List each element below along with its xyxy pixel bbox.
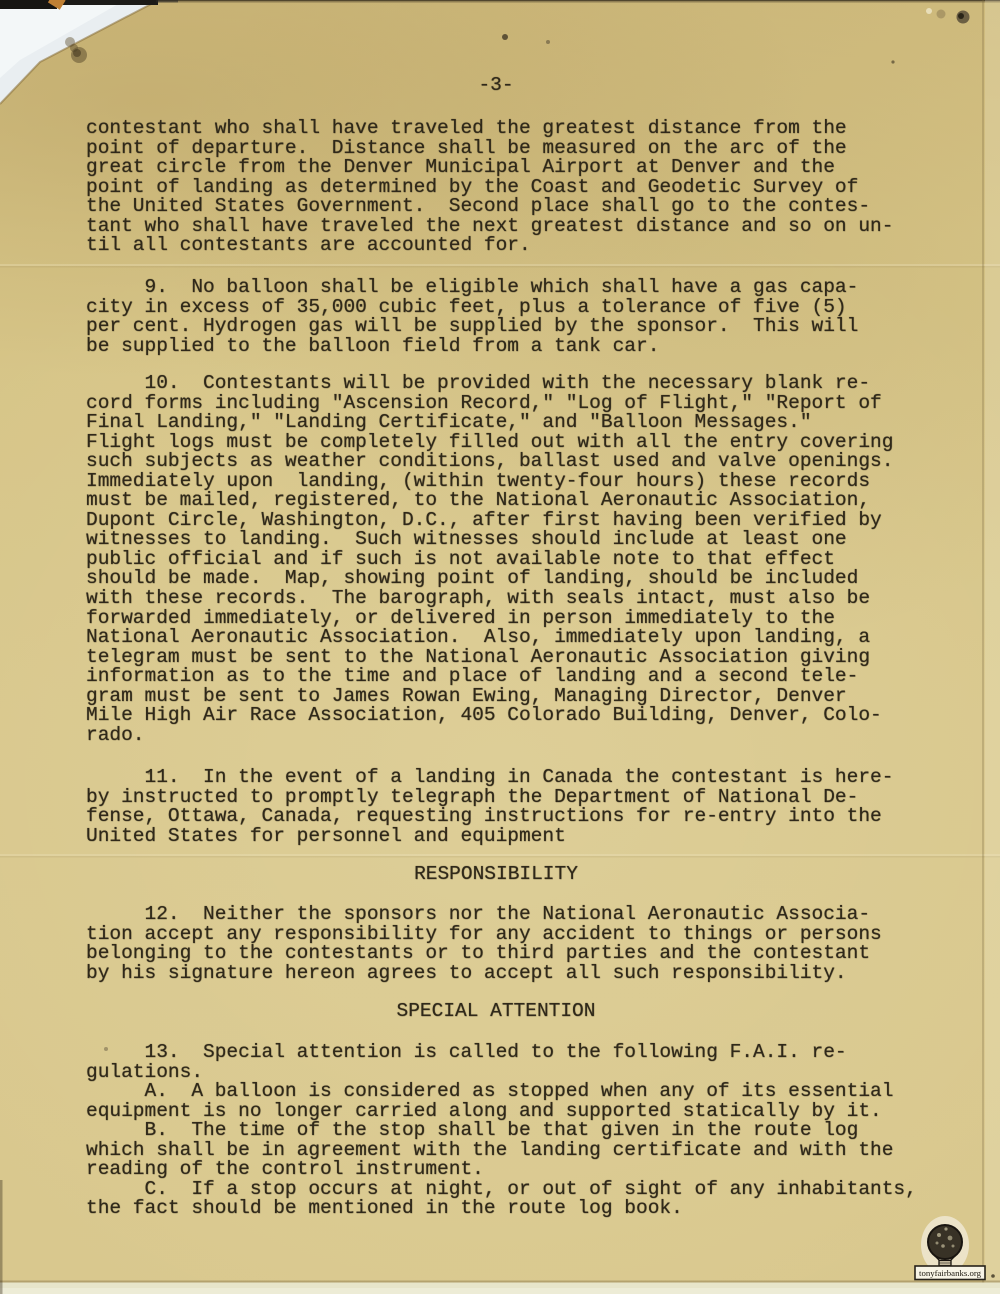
tape-fragment <box>48 0 66 10</box>
corner-highlight <box>0 3 120 78</box>
bottom-edge-strip <box>0 1283 1000 1294</box>
page-number: -3- <box>86 76 906 96</box>
paragraph-item-13: 13. Special attention is called to the f… <box>86 1043 916 1219</box>
top-edge-line <box>140 0 1000 1</box>
top-black-strip-thick <box>0 0 57 9</box>
left-bottom-edge <box>0 1180 3 1294</box>
bottom-edge-shadow-line <box>0 1281 1000 1283</box>
document-page: -3- contestant who shall have traveled t… <box>0 0 1000 1294</box>
top-edge-shadow <box>140 0 1000 3</box>
watermark-label-plate: tonyfairbanks.org <box>915 1266 985 1280</box>
watermark: tonyfairbanks.org <box>905 1215 1000 1294</box>
right-edge-band <box>985 0 1000 1294</box>
top-black-strip-tail <box>156 0 178 3</box>
section-heading-special-attention: SPECIAL ATTENTION <box>86 1002 906 1022</box>
paragraph-item-11: 11. In the event of a landing in Canada … <box>86 768 916 846</box>
watermark-label: tonyfairbanks.org <box>919 1268 982 1278</box>
paragraph-item-12: 12. Neither the sponsors nor the Nationa… <box>86 905 916 983</box>
hot-air-balloon-icon <box>921 1216 969 1274</box>
watermark-dot <box>991 1274 995 1278</box>
paragraph-item-9: 9. No balloon shall be eligible which sh… <box>86 278 916 356</box>
section-heading-responsibility: RESPONSIBILITY <box>86 865 906 885</box>
paragraph-item-10: 10. Contestants will be provided with th… <box>86 374 916 745</box>
right-edge-crease <box>982 0 984 1294</box>
top-black-strip <box>0 0 158 5</box>
bottom-edge-strip-light <box>0 1288 1000 1294</box>
paragraph-intro: contestant who shall have traveled the g… <box>86 119 916 256</box>
